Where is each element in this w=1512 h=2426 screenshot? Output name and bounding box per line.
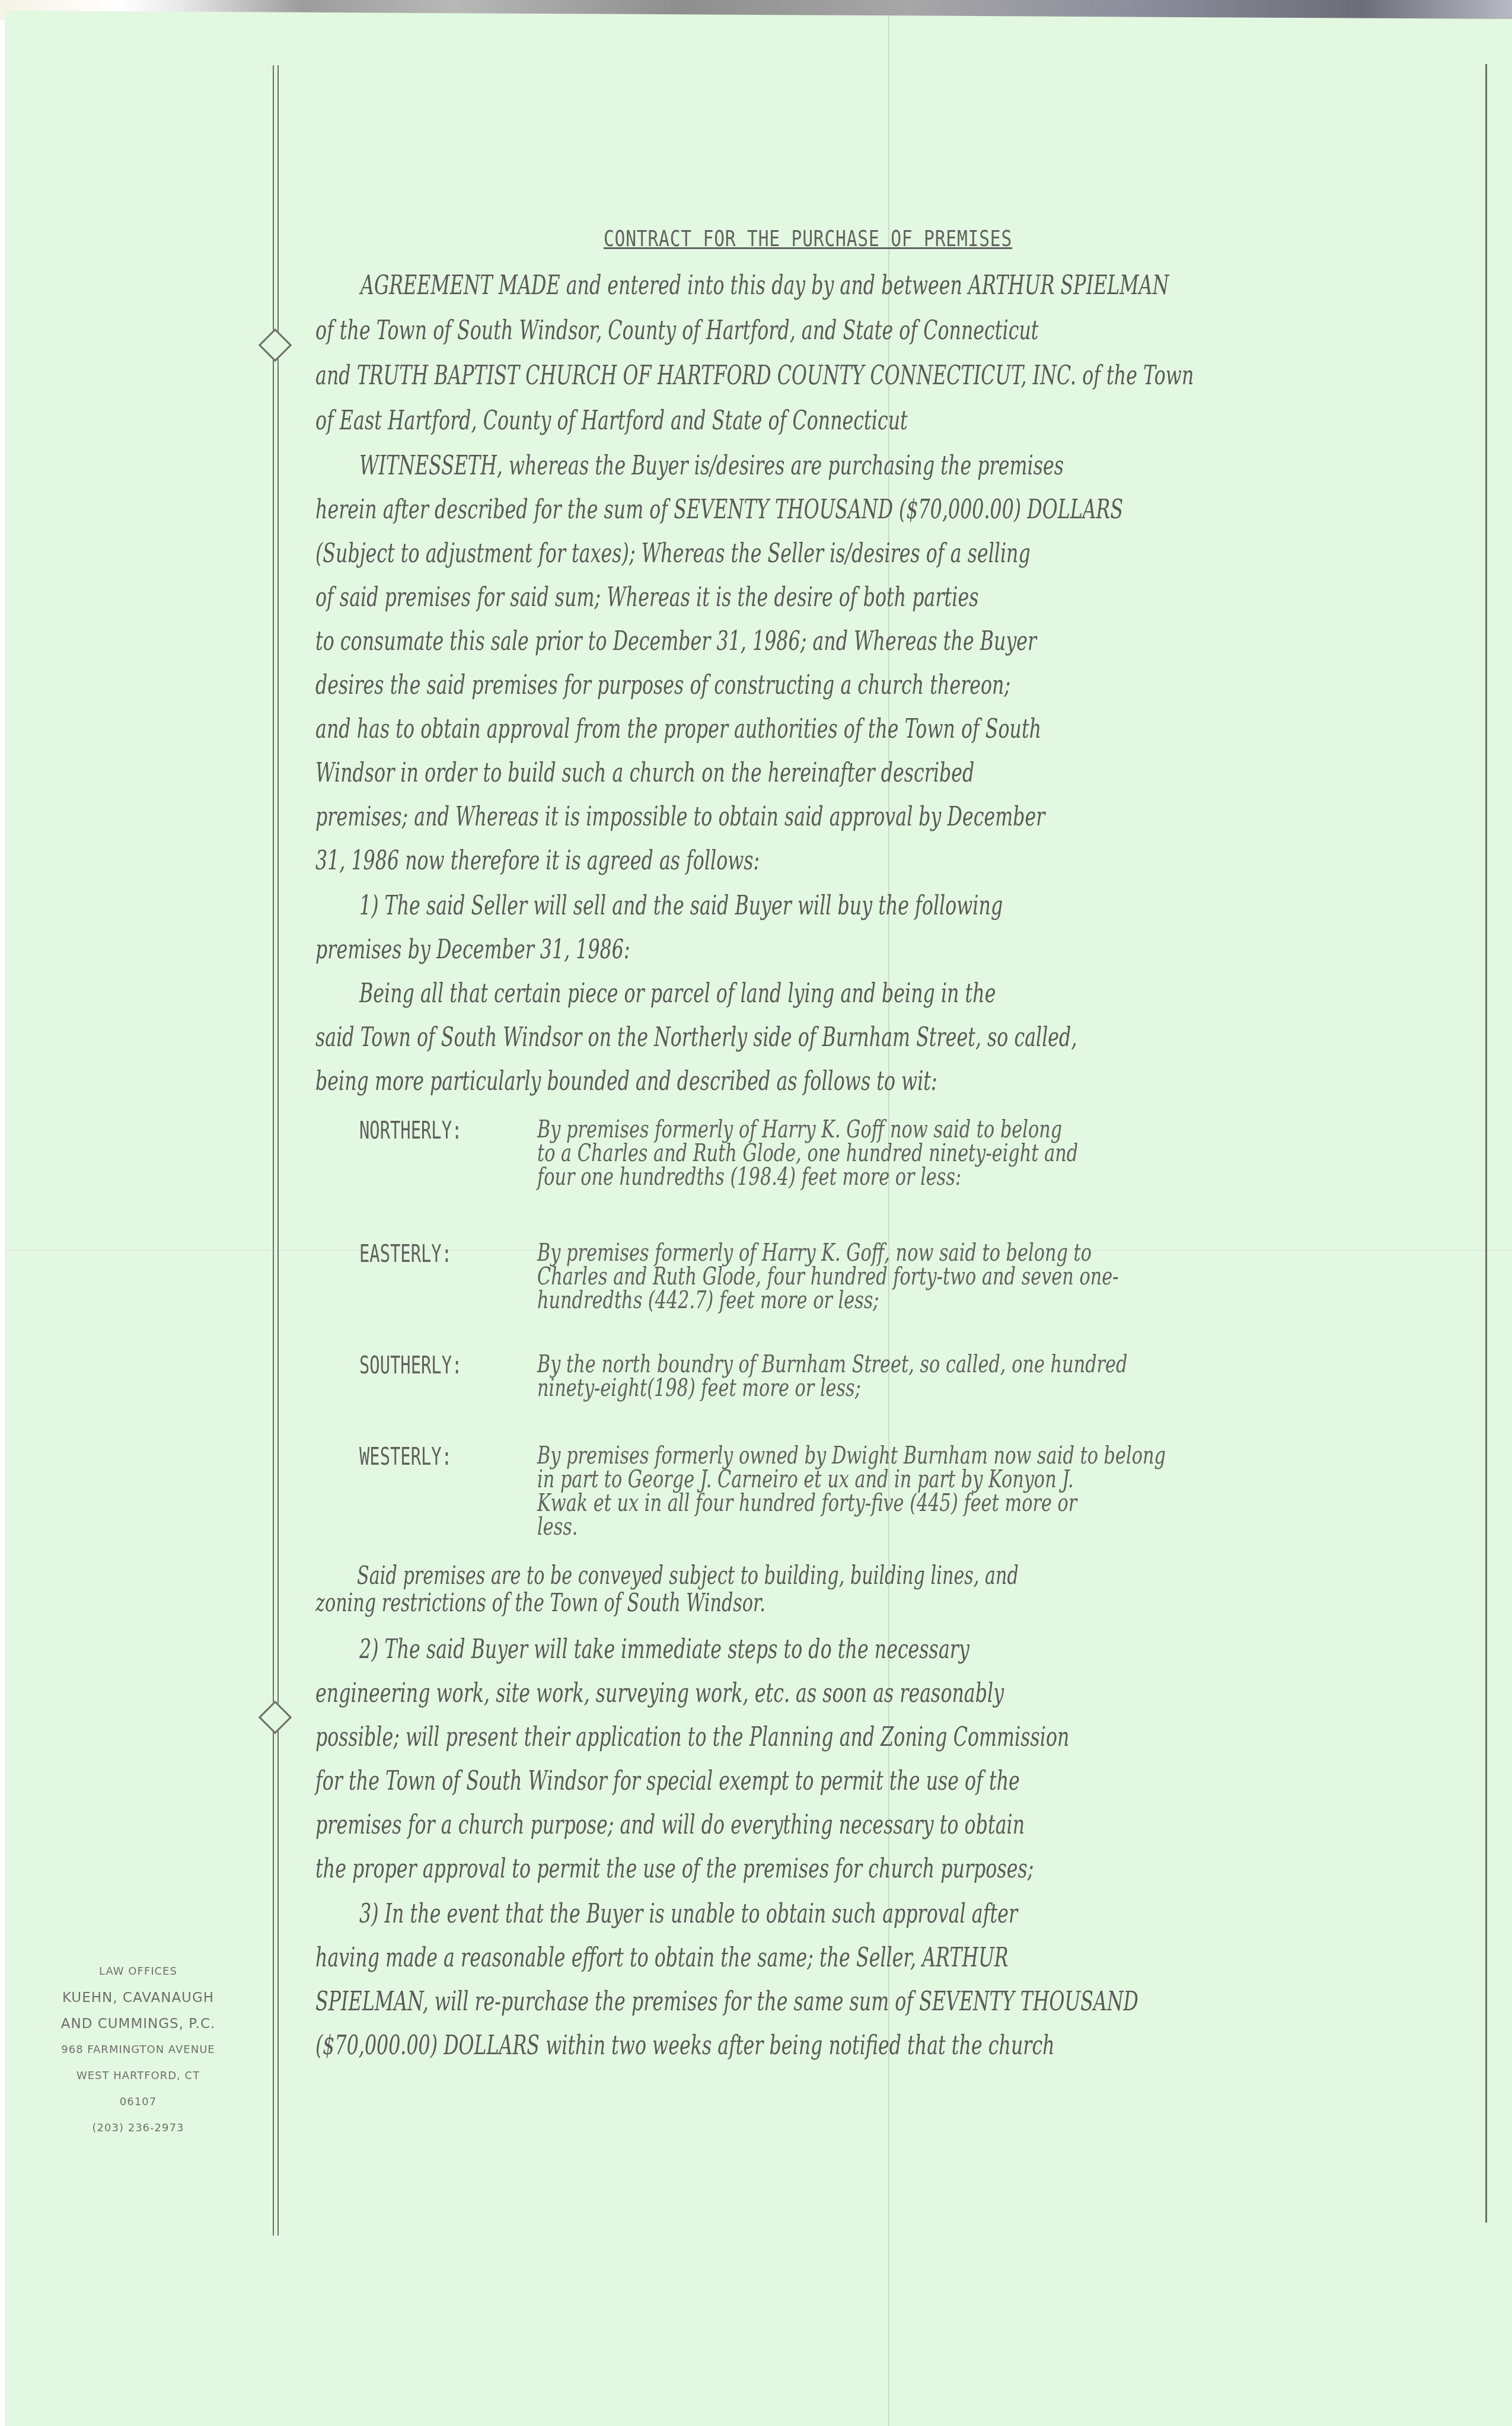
boundary-line: in part to George J. Carneiro et ux and … [537, 1467, 1166, 1491]
clause-1-line: 1) The said Seller will sell and the sai… [359, 891, 1003, 921]
document-title: CONTRACT FOR THE PURCHASE OF PREMISES [604, 225, 1012, 251]
office-street: 968 FARMINGTON AVENUE [28, 2037, 248, 2063]
boundary-line: By premises formerly of Harry K. Goff no… [537, 1117, 1078, 1141]
witnesseth-line: premises; and Whereas it is impossible t… [315, 802, 1045, 832]
witnesseth-line: 31, 1986 now therefore it is agreed as f… [315, 846, 760, 876]
boundary-line: to a Charles and Ruth Glode, one hundred… [537, 1141, 1078, 1165]
office-city: WEST HARTFORD, CT [28, 2063, 248, 2089]
witnesseth-line: (Subject to adjustment for taxes); Where… [315, 538, 1031, 569]
clause-3-line: having made a reasonable effort to obtai… [315, 1943, 1009, 1973]
clause-2-line: 2) The said Buyer will take immediate st… [359, 1634, 969, 1665]
witnesseth-line: herein after described for the sum of SE… [315, 495, 1123, 525]
parcel-line: said Town of South Windsor on the Northe… [315, 1022, 1077, 1053]
clause-3-line: SPIELMAN, will re-purchase the premises … [315, 1987, 1138, 2017]
clause-1-line: premises by December 31, 1986: [315, 935, 630, 965]
boundary-label-southerly: SOUTHERLY: [359, 1352, 462, 1379]
left-margin-rule [273, 65, 279, 2236]
clause-2-line: engineering work, site work, surveying w… [315, 1678, 1004, 1708]
boundary-line: By premises formerly owned by Dwight Bur… [537, 1443, 1166, 1467]
boundary-line: By the north boundry of Burnham Street, … [537, 1352, 1127, 1376]
witnesseth-line: WITNESSETH, whereas the Buyer is/desires… [359, 451, 1064, 481]
boundary-label-easterly: EASTERLY: [359, 1241, 452, 1268]
diamond-marker-icon [259, 329, 292, 362]
conveyance-line: zoning restrictions of the Town of South… [315, 1588, 765, 1617]
boundary-line: ninety-eight(198) feet more or less; [537, 1376, 1127, 1400]
law-office-heading: LAW OFFICES [28, 1959, 248, 1985]
preamble-line: AGREEMENT MADE and entered into this day… [361, 270, 1169, 301]
clause-2-line: possible; will present their application… [315, 1722, 1069, 1752]
preamble-line: of the Town of South Windsor, County of … [315, 315, 1039, 346]
boundary-line: Kwak et ux in all four hundred forty-fiv… [537, 1491, 1166, 1515]
right-margin-rule [1485, 64, 1487, 2223]
clause-2-line: premises for a church purpose; and will … [315, 1810, 1025, 1840]
office-zip: 06107 [28, 2089, 248, 2115]
boundary-line: hundredths (442.7) feet more or less; [537, 1288, 1118, 1312]
boundary-line: four one hundredths (198.4) feet more or… [537, 1165, 1078, 1188]
document-page: CONTRACT FOR THE PURCHASE OF PREMISES AG… [5, 11, 1512, 2426]
boundary-label-westerly: WESTERLY: [359, 1443, 452, 1471]
firm-name-line-2: AND CUMMINGS, P.C. [28, 2011, 248, 2037]
firm-name-line-1: KUEHN, CAVANAUGH [28, 1985, 248, 2011]
boundary-desc-southerly: By the north boundry of Burnham Street, … [537, 1352, 1127, 1400]
boundary-label-northerly: NORTHERLY: [359, 1117, 462, 1145]
boundary-line: Charles and Ruth Glode, four hundred for… [537, 1264, 1118, 1288]
office-phone: (203) 236-2973 [28, 2115, 248, 2141]
clause-3-line: ($70,000.00) DOLLARS within two weeks af… [315, 2030, 1055, 2061]
clause-2-line: the proper approval to permit the use of… [315, 1854, 1033, 1884]
parcel-line: being more particularly bounded and desc… [315, 1066, 937, 1096]
clause-2-line: for the Town of South Windsor for specia… [315, 1766, 1020, 1796]
clause-3-line: 3) In the event that the Buyer is unable… [359, 1899, 1017, 1929]
witnesseth-line: desires the said premises for purposes o… [315, 670, 1010, 700]
preamble-line: of East Hartford, County of Hartford and… [315, 406, 908, 436]
boundary-line: less. [537, 1515, 1166, 1538]
diamond-marker-icon [259, 1701, 292, 1735]
preamble-line: and TRUTH BAPTIST CHURCH OF HARTFORD COU… [315, 361, 1194, 391]
witnesseth-line: Windsor in order to build such a church … [315, 758, 974, 788]
boundary-desc-northerly: By premises formerly of Harry K. Goff no… [537, 1117, 1078, 1188]
boundary-desc-westerly: By premises formerly owned by Dwight Bur… [537, 1443, 1166, 1538]
witnesseth-line: to consumate this sale prior to December… [315, 626, 1036, 656]
law-office-block: LAW OFFICES KUEHN, CAVANAUGH AND CUMMING… [28, 1959, 248, 2141]
boundary-line: By premises formerly of Harry K. Goff, n… [537, 1241, 1118, 1264]
parcel-line: Being all that certain piece or parcel o… [359, 978, 996, 1009]
conveyance-line: Said premises are to be conveyed subject… [357, 1561, 1019, 1590]
witnesseth-line: of said premises for said sum; Whereas i… [315, 582, 978, 613]
witnesseth-line: and has to obtain approval from the prop… [315, 714, 1041, 744]
boundary-desc-easterly: By premises formerly of Harry K. Goff, n… [537, 1241, 1118, 1312]
